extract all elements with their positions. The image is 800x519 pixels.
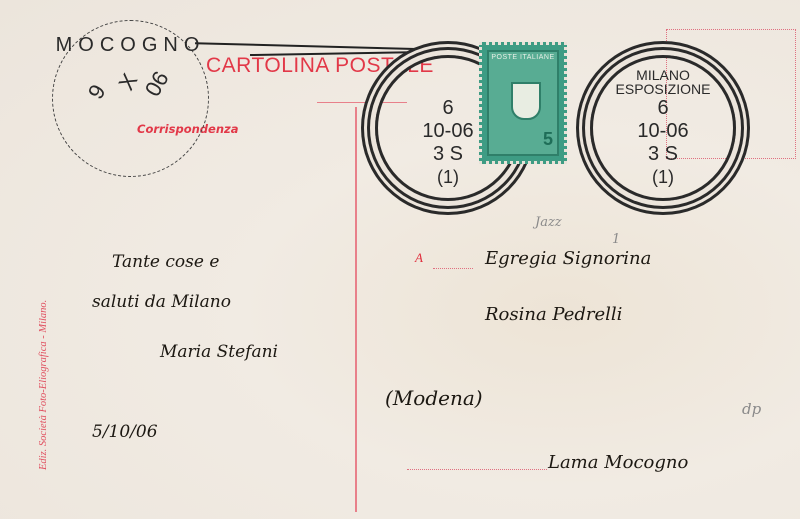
pencil-mark: 1 (612, 232, 620, 247)
postmark-office: (1) (593, 168, 733, 186)
publisher-imprint: Ediz. Società Foto-Eliografica - Milano. (38, 300, 49, 470)
message-signature: Maria Stefani (160, 342, 278, 362)
stamp-value: 5 (543, 129, 553, 150)
postmark-office: (1) (378, 168, 518, 186)
pencil-mark: dp (742, 400, 761, 418)
postmark-arrival-place: MOCOGNO (53, 35, 208, 55)
address-line-2: Rosina Pedrelli (485, 304, 622, 325)
message-line-2: saluti da Milano (92, 292, 231, 312)
postmark-place: MILANO ESPOSIZIONE (593, 68, 733, 96)
address-prefix: A (415, 250, 423, 266)
postmark-arrival-year: 06 (142, 68, 173, 100)
postmark-date: 10-06 (593, 121, 733, 141)
address-line-4: Lama Mocogno (548, 452, 688, 473)
address-dotted-line (433, 268, 473, 269)
postmark-time: 3 S (593, 144, 733, 164)
pencil-mark: Jazz (535, 215, 562, 230)
postmark-departure-2: MILANO ESPOSIZIONE 6 10-06 3 S (1) (590, 55, 736, 201)
address-dotted-line-2 (407, 469, 547, 470)
stamp-country: POSTE ITALIANE (489, 54, 557, 61)
message-date: 5/10/06 (92, 422, 158, 442)
postcard: CARTOLINA POSTALE Corrispondenza Ediz. S… (0, 0, 800, 519)
address-line-3: (Modena) (385, 386, 483, 410)
message-line-1: Tante cose e (112, 252, 219, 272)
divider-vertical (355, 107, 357, 512)
shield-icon (511, 82, 541, 120)
address-line-1: Egregia Signorina (485, 248, 651, 269)
postage-stamp: POSTE ITALIANE 5 (479, 42, 567, 164)
postmark-arrival-month: X (115, 70, 141, 94)
postmark-arrival: MOCOGNO 9 X 06 (52, 20, 209, 177)
postmark-arrival-day: 9 (85, 81, 110, 103)
postmark-day: 6 (593, 98, 733, 118)
